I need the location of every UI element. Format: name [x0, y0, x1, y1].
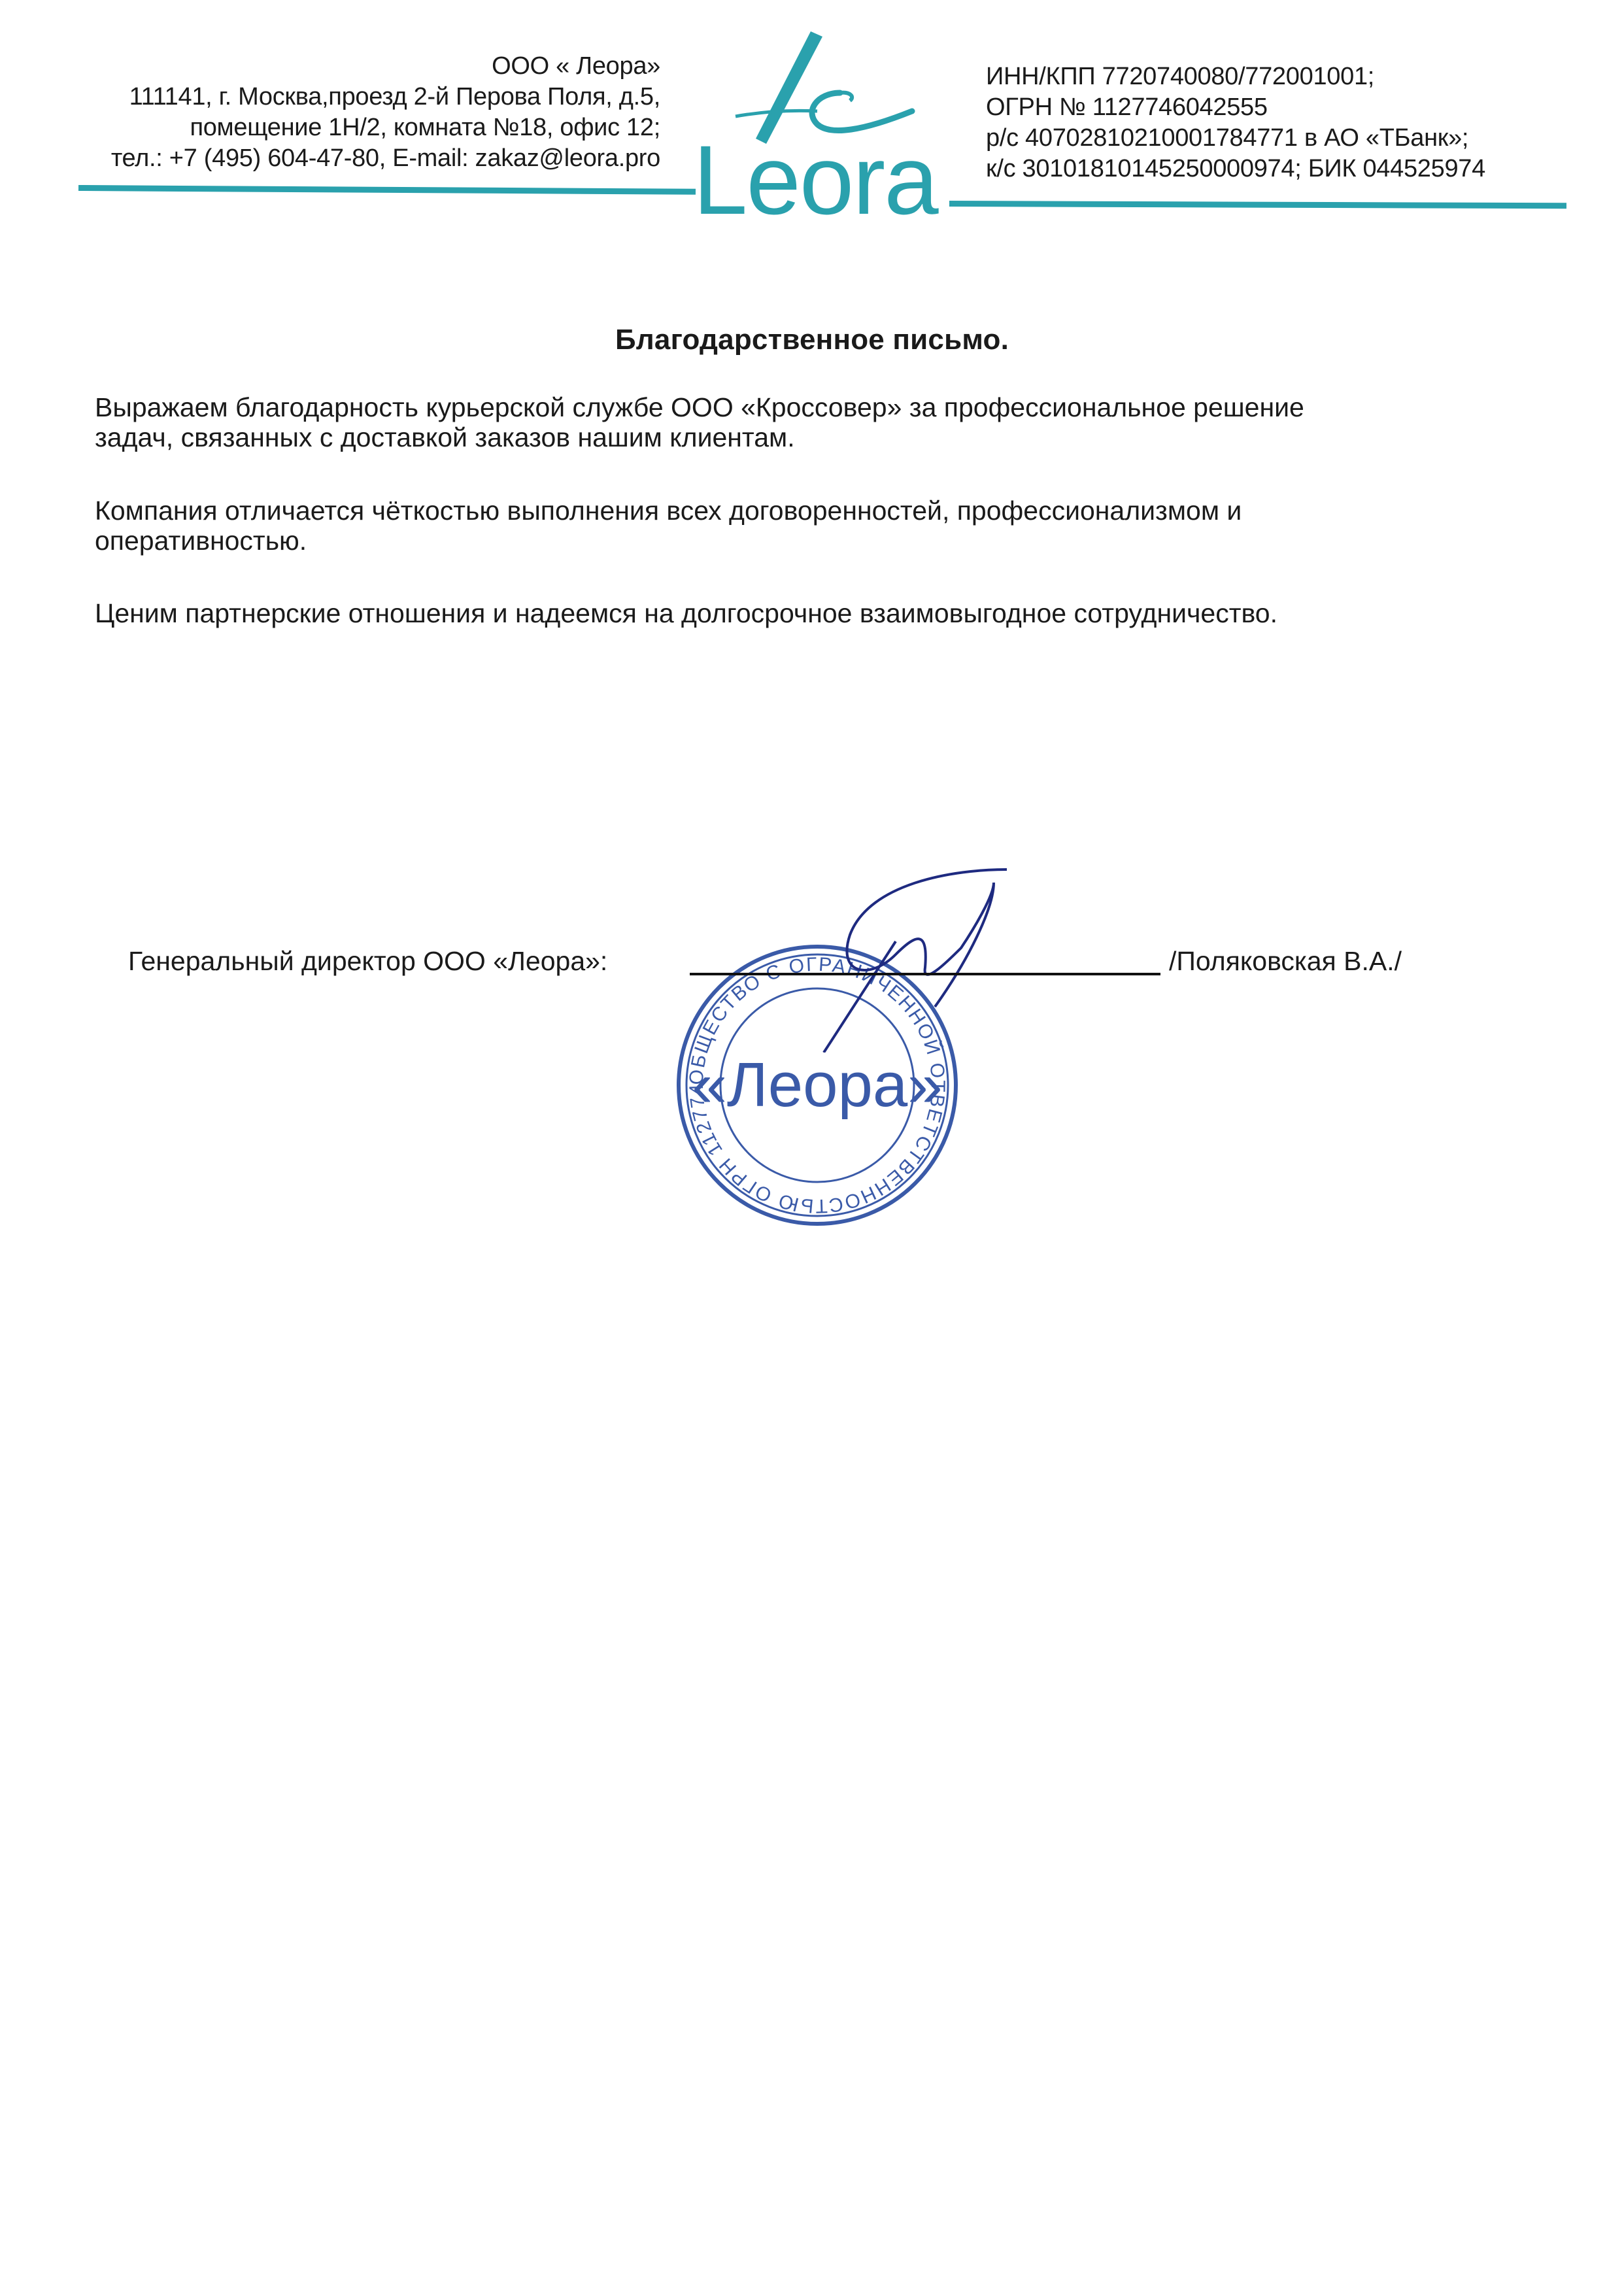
corr-account-bik: к/с 30101810145250000974; БИК 044525974: [986, 154, 1574, 184]
settlement-account: р/с 40702810210001784771 в АО «ТБанк»;: [986, 123, 1574, 154]
requisites: ИНН/КПП 7720740080/772001001; ОГРН № 112…: [986, 61, 1574, 184]
paragraph-1: Выражаем благодарность курьерской службе…: [95, 392, 1533, 452]
paragraph-1-line-2: задач, связанных с доставкой заказов наш…: [95, 422, 1533, 452]
company-name: ООО « Леора»: [39, 51, 660, 82]
paragraph-2-line-1: Компания отличается чёткостью выполнения…: [95, 496, 1533, 526]
paragraph-2: Компания отличается чёткостью выполнения…: [95, 496, 1533, 556]
logo-wordmark: Leora: [693, 131, 938, 229]
ogrn: ОГРН № 1127746042555: [986, 92, 1574, 123]
signature-icon: [798, 856, 1033, 1053]
address-line-1: 111141, г. Москва,проезд 2-й Перова Поля…: [39, 82, 660, 112]
address-line-2: помещение 1Н/2, комната №18, офис 12;: [39, 112, 660, 143]
paragraph-2-line-2: оперативностью.: [95, 526, 1533, 556]
header-rule-left: [78, 185, 696, 195]
inn-kpp: ИНН/КПП 7720740080/772001001;: [986, 61, 1574, 92]
paragraph-3: Ценим партнерские отношения и надеемся н…: [95, 598, 1533, 628]
signature-line: [690, 973, 1160, 975]
contacts: тел.: +7 (495) 604-47-80, E-mail: zakaz@…: [39, 143, 660, 174]
stamp-center-text: «Леора»: [692, 1050, 942, 1120]
letter-title: Благодарственное письмо.: [0, 324, 1624, 356]
handwritten-signature: [798, 856, 1033, 1053]
signatory-name: /Поляковская В.А./: [1169, 946, 1402, 977]
paragraph-3-line-1: Ценим партнерские отношения и надеемся н…: [95, 598, 1533, 628]
signatory-position: Генеральный директор ООО «Леора»:: [128, 946, 607, 977]
paragraph-1-line-1: Выражаем благодарность курьерской службе…: [95, 392, 1533, 422]
sender-details: ООО « Леора» 111141, г. Москва,проезд 2-…: [39, 51, 660, 174]
header-rule-right: [949, 201, 1566, 209]
